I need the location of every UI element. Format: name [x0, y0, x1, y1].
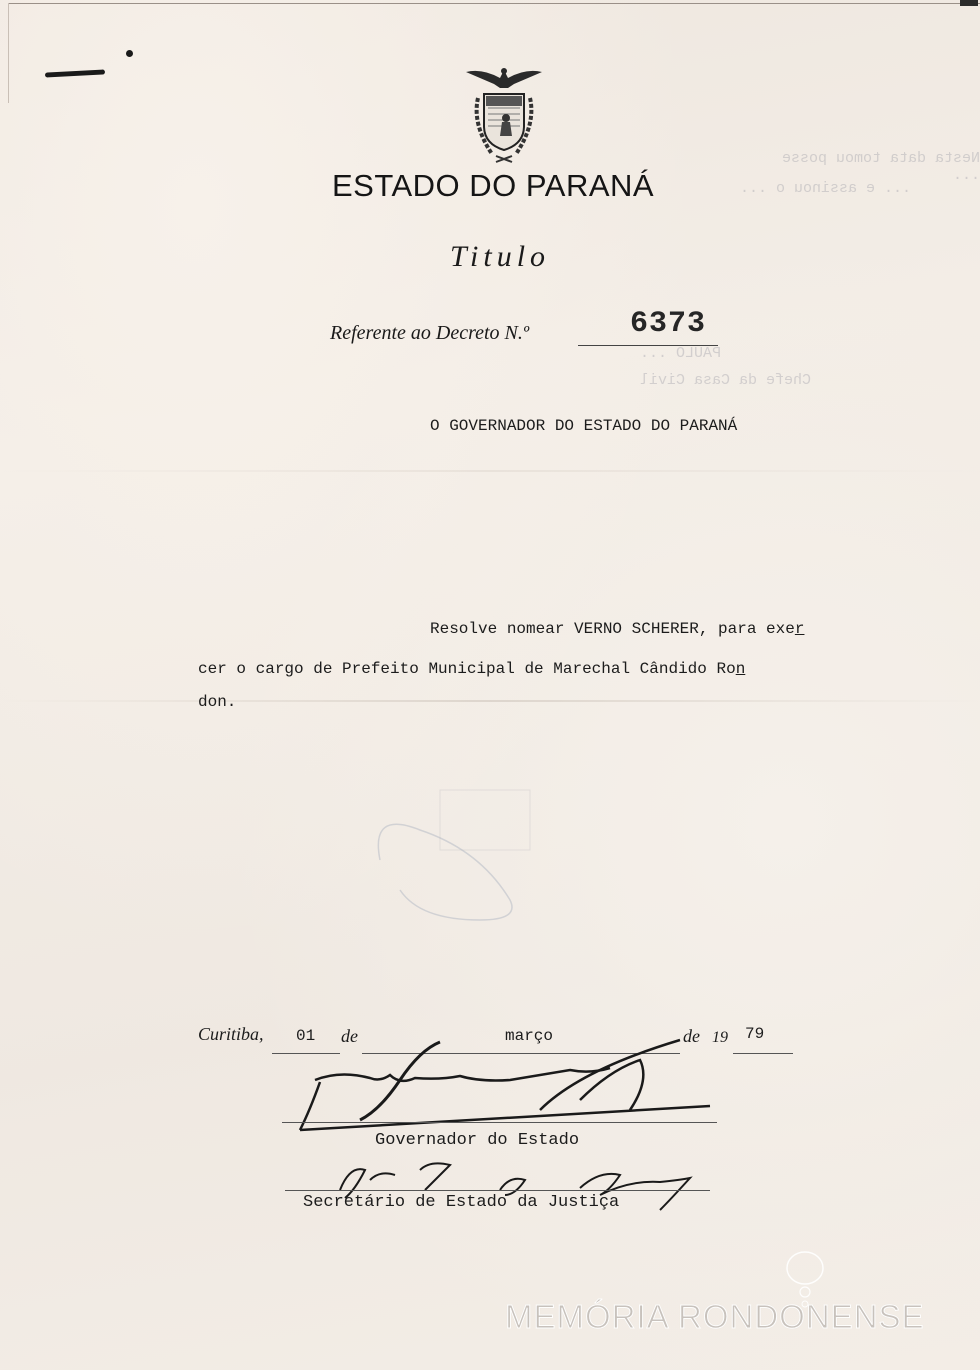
body-line-1: Resolve nomear VERNO SCHERER, para exer [430, 620, 804, 638]
parana-coat-of-arms-icon [462, 64, 546, 164]
body-text-hyphen: r [795, 620, 805, 638]
body-line-3: don. [198, 693, 236, 711]
decree-number-line [578, 345, 718, 346]
bleed-through-text: Chefe da Casa Civil [640, 372, 811, 389]
secretary-signature-line [285, 1190, 710, 1191]
decree-label: Referente ao Decreto N.º [330, 322, 529, 345]
paper-fold [0, 470, 980, 472]
paper-edge-left [8, 3, 9, 103]
year-line [733, 1053, 793, 1054]
secretary-title: Secretário de Estado da Justiça [303, 1193, 619, 1212]
decree-number: 6373 [630, 307, 706, 341]
faded-stamp [360, 770, 540, 930]
bleed-through-text: PAULO ... [640, 345, 721, 362]
bleed-through-text: ... e assinou o ... [740, 180, 911, 197]
issuer-line: O GOVERNADOR DO ESTADO DO PARANÁ [430, 417, 737, 435]
state-title: ESTADO DO PARANÁ [332, 168, 654, 204]
place-label: Curitiba, [198, 1024, 264, 1045]
paper-edge-top [8, 3, 980, 4]
body-text-hyphen: n [736, 660, 746, 678]
ink-dot-mark [126, 50, 133, 57]
ink-dash-mark [45, 69, 105, 77]
document-type-heading: Titulo [450, 240, 550, 274]
paper-fold [0, 700, 980, 702]
watermark-text: MEMÓRIA RONDONENSE [505, 1298, 925, 1336]
body-text: cer o cargo de Prefeito Municipal de Mar… [198, 660, 736, 678]
governor-signature [280, 1030, 720, 1140]
governor-signature-line [282, 1122, 717, 1123]
bleed-through-text: Nesta data tomou posse ... [750, 150, 980, 184]
body-line-2: cer o cargo de Prefeito Municipal de Mar… [198, 660, 745, 678]
date-year: 79 [745, 1025, 764, 1043]
body-text: Resolve nomear VERNO SCHERER, para exe [430, 620, 795, 638]
governor-title: Governador do Estado [375, 1131, 579, 1150]
corner-mark [960, 0, 978, 6]
